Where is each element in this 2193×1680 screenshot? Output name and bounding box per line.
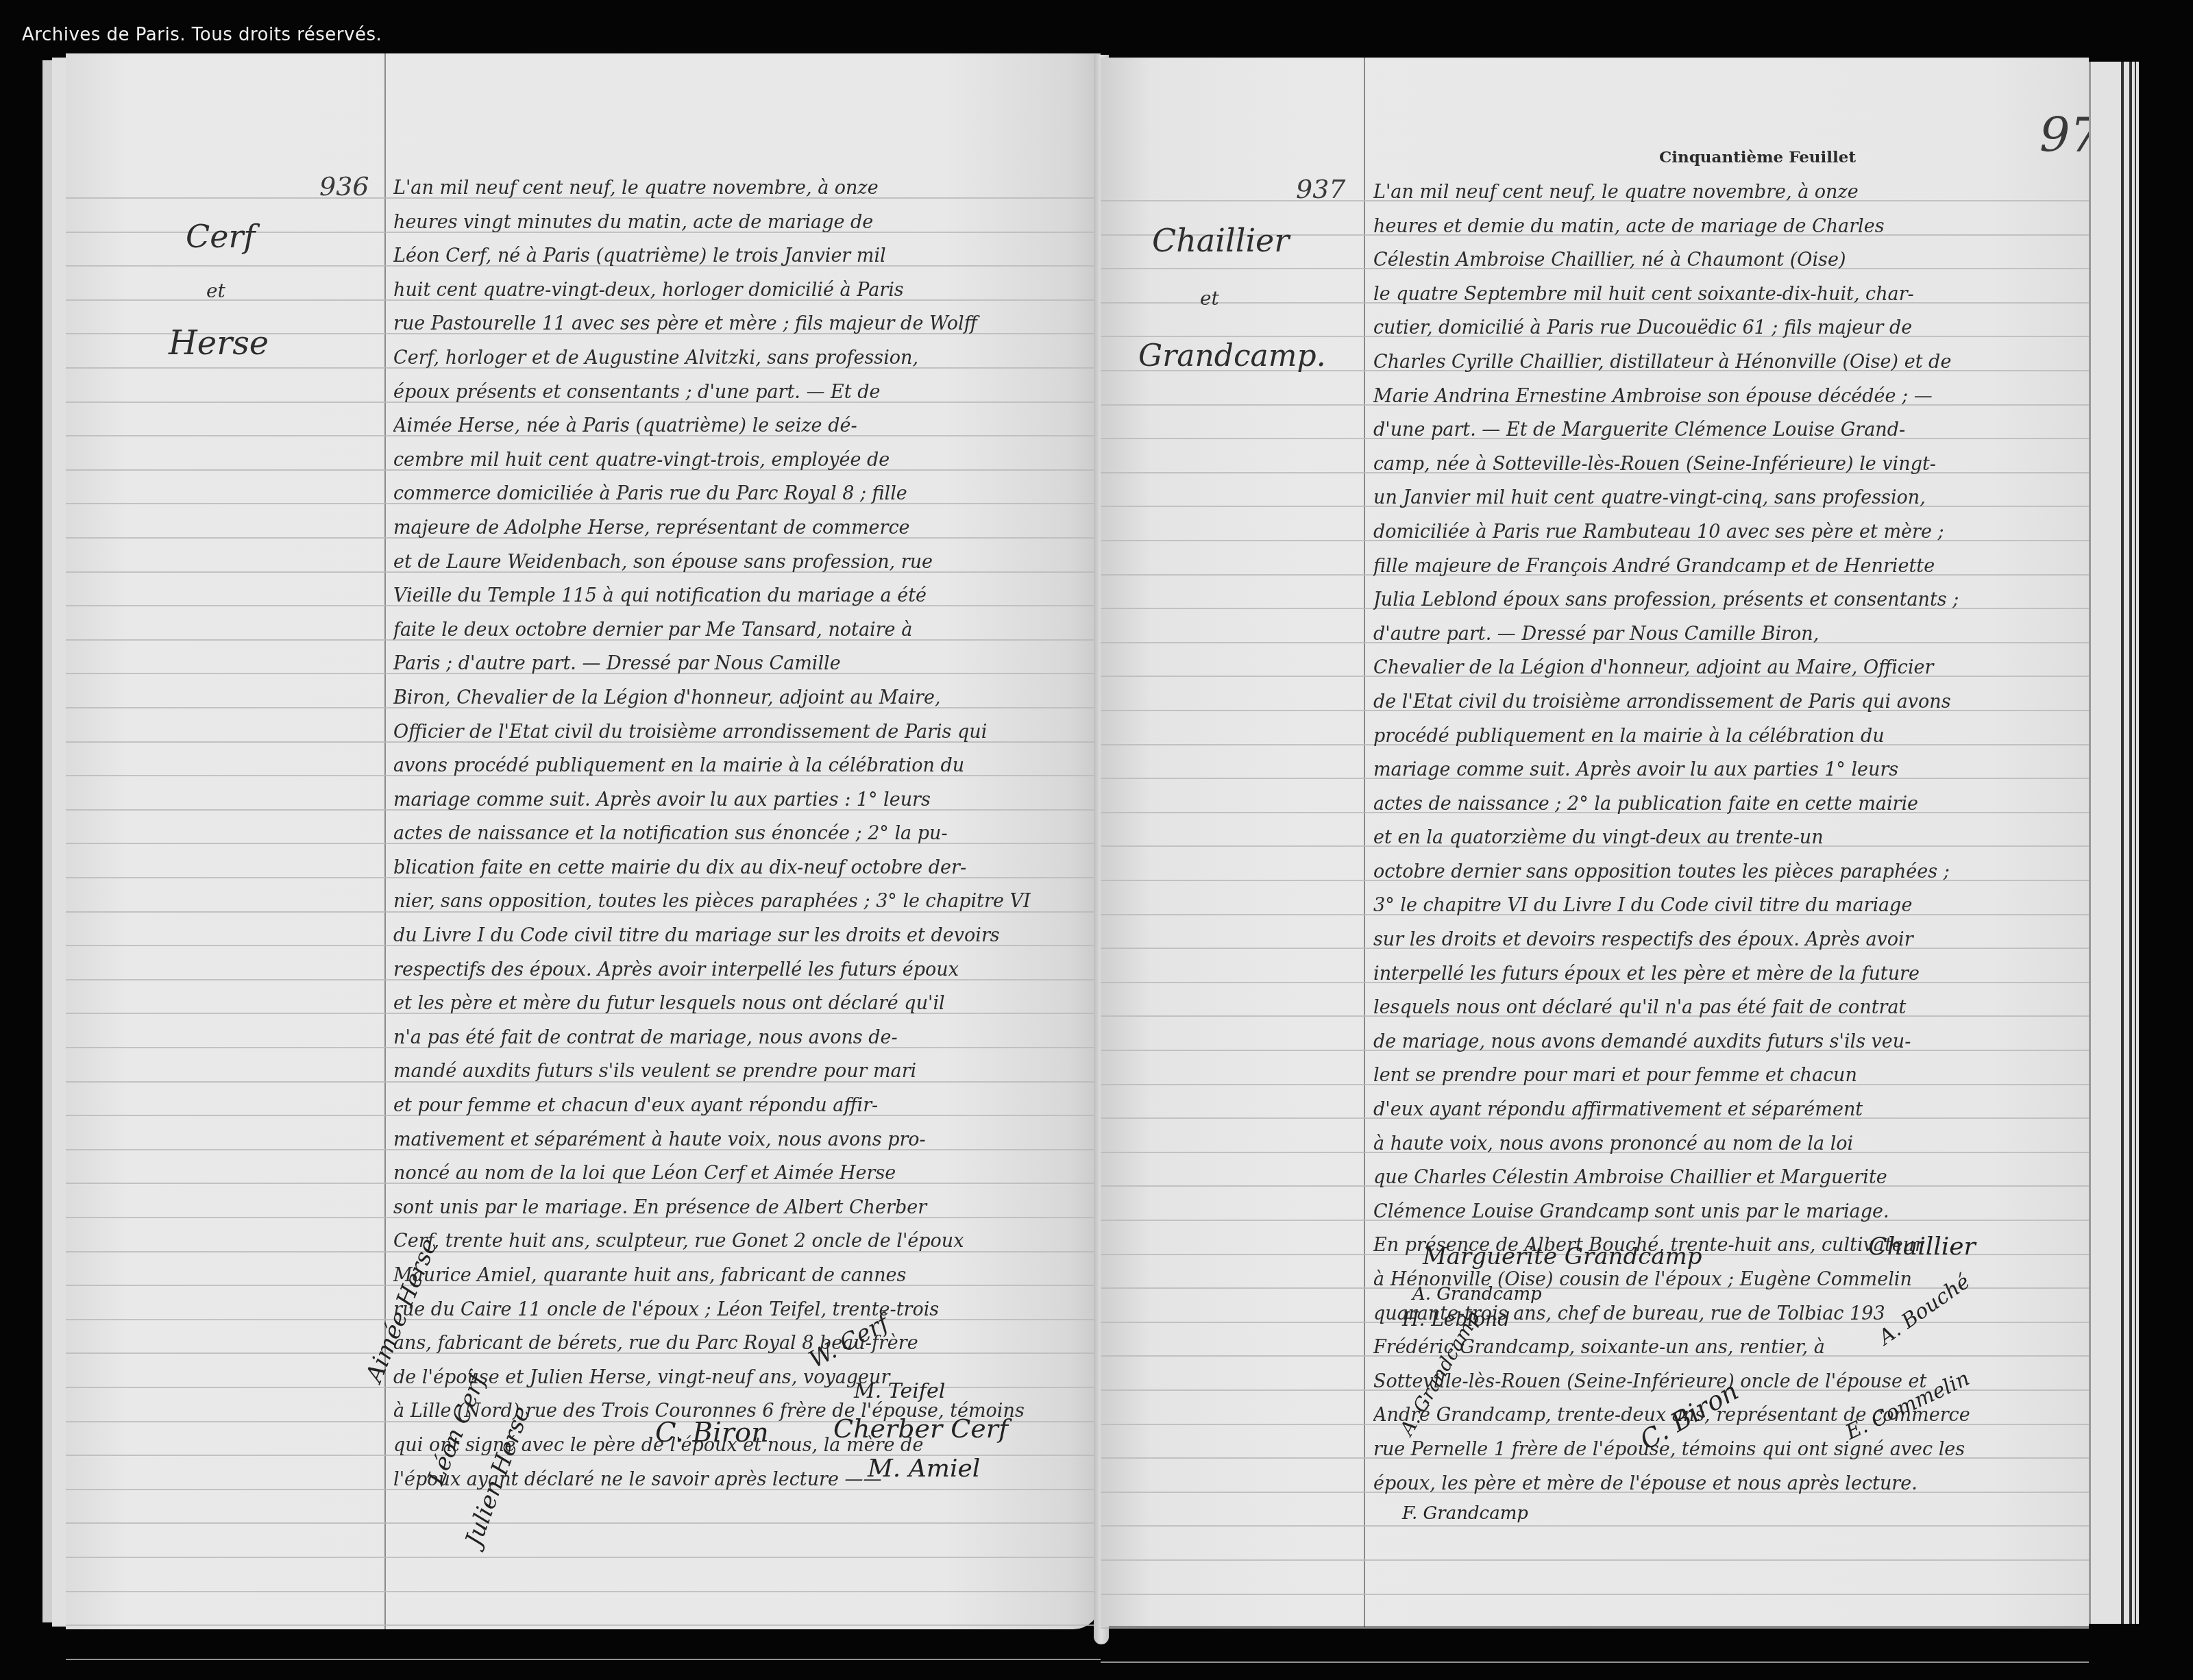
edge-line: [2135, 62, 2136, 1624]
text-line: Aimée Herse, née à Paris (quatrième) le …: [393, 409, 1086, 443]
text-line: de l'Etat civil du troisième arrondissem…: [1373, 685, 2079, 719]
ruled-line: [66, 1557, 1101, 1558]
text-line: et en la quatorzième du vingt-deux au tr…: [1373, 821, 2079, 855]
open-register-book: 936 Cerf et Herse L'an mil neuf cent neu…: [0, 0, 2193, 1680]
ruled-line: [1101, 1594, 2089, 1595]
text-line: L'an mil neuf cent neuf, le quatre novem…: [393, 171, 1086, 206]
margin-bride-surname: Herse: [169, 324, 269, 362]
text-line: actes de naissance ; 2° la publication f…: [1373, 787, 2079, 822]
right-page: Cinquantième Feuillet 97 937 Chaillier e…: [1101, 58, 2089, 1627]
text-line: époux, les père et mère de l'épouse et n…: [1373, 1467, 2079, 1501]
ruled-line: [1101, 1662, 2089, 1663]
text-line: blication faite en cette mairie du dix a…: [393, 851, 1086, 885]
margin-conjunction: et: [1200, 287, 1219, 310]
text-line: mariage comme suit. Après avoir lu aux p…: [1373, 753, 2079, 787]
text-line: L'an mil neuf cent neuf, le quatre novem…: [1373, 175, 2079, 210]
ruled-line: [66, 1591, 1101, 1592]
text-line: heures et demie du matin, acte de mariag…: [1373, 210, 2079, 244]
text-line: avons procédé publiquement en la mairie …: [393, 749, 1086, 783]
ruled-line: [66, 1659, 1101, 1660]
text-line: rue Pastourelle 11 avec ses père et mère…: [393, 307, 1086, 341]
page-edge-stack: [2089, 62, 2139, 1624]
text-line: actes de naissance et la notification su…: [393, 817, 1086, 851]
text-line: sur les droits et devoirs respectifs des…: [1373, 923, 2079, 957]
signature: Cherber Cerf: [833, 1413, 1008, 1444]
signature: M. Teifel: [854, 1379, 945, 1403]
text-line: et de Laure Weidenbach, son épouse sans …: [393, 545, 1086, 580]
text-line: camp, née à Sotteville-lès-Rouen (Seine-…: [1373, 447, 2079, 482]
text-line: Célestin Ambroise Chaillier, né à Chaumo…: [1373, 243, 2079, 277]
text-line: faite le deux octobre dernier par Me Tan…: [393, 613, 1086, 647]
text-line: noncé au nom de la loi que Léon Cerf et …: [393, 1157, 1086, 1191]
text-line: à haute voix, nous avons prononcé au nom…: [1373, 1127, 2079, 1161]
text-line: Clémence Louise Grandcamp sont unis par …: [1373, 1195, 2079, 1229]
text-line: époux présents et consentants ; d'une pa…: [393, 375, 1086, 410]
text-line: procédé publiquement en la mairie à la c…: [1373, 719, 2079, 754]
signature: M. Amiel: [868, 1455, 980, 1483]
text-line: un Janvier mil huit cent quatre-vingt-ci…: [1373, 481, 2079, 515]
ruled-line: [1101, 1627, 2089, 1629]
ruled-line: [66, 1522, 1101, 1524]
text-line: du Livre I du Code civil titre du mariag…: [393, 919, 1086, 953]
text-line: Vieille du Temple 115 à qui notification…: [393, 579, 1086, 613]
text-line: d'eux ayant répondu affirmativement et s…: [1373, 1093, 2079, 1127]
text-line: mativement et séparément à haute voix, n…: [393, 1123, 1086, 1157]
text-line: Frédéric Grandcamp, soixante-un ans, ren…: [1373, 1331, 2079, 1365]
text-line: mandé auxdits futurs s'ils veulent se pr…: [393, 1054, 1086, 1089]
signature: F. Grandcamp: [1402, 1503, 1528, 1524]
text-line: sont unis par le mariage. En présence de…: [393, 1191, 1086, 1225]
text-line: 3° le chapitre VI du Livre I du Code civ…: [1373, 889, 2079, 923]
act-number: 936: [319, 171, 369, 201]
edge-line: [2129, 62, 2132, 1624]
text-line: Chevalier de la Légion d'honneur, adjoin…: [1373, 651, 2079, 685]
text-line: Léon Cerf, né à Paris (quatrième) le tro…: [393, 239, 1086, 273]
text-line: Julia Leblond époux sans profession, pré…: [1373, 583, 2079, 617]
text-line: que Charles Célestin Ambroise Chaillier …: [1373, 1161, 2079, 1195]
text-line: lesquels nous ont déclaré qu'il n'a pas …: [1373, 991, 2079, 1025]
text-line: Officier de l'Etat civil du troisième ar…: [393, 715, 1086, 750]
act-number: 937: [1296, 174, 1346, 204]
marriage-act-text: L'an mil neuf cent neuf, le quatre novem…: [393, 171, 1086, 1496]
text-line: lent se prendre pour mari et pour femme …: [1373, 1059, 2079, 1093]
text-line: ans, fabricant de bérets, rue du Parc Ro…: [393, 1326, 1086, 1361]
signature: Marguerite Grandcamp: [1423, 1243, 1702, 1270]
text-line: cembre mil huit cent quatre-vingt-trois,…: [393, 443, 1086, 478]
text-line: le quatre Septembre mil huit cent soixan…: [1373, 277, 2079, 312]
text-line: et les père et mère du futur lesquels no…: [393, 987, 1086, 1021]
text-line: et pour femme et chacun d'eux ayant répo…: [393, 1089, 1086, 1123]
text-line: heures vingt minutes du matin, acte de m…: [393, 206, 1086, 240]
text-line: Maurice Amiel, quarante huit ans, fabric…: [393, 1259, 1086, 1293]
margin-groom-surname: Cerf: [186, 218, 255, 255]
text-line: de l'épouse et Julien Herse, vingt-neuf …: [393, 1361, 1086, 1395]
text-line: Marie Andrina Ernestine Ambroise son épo…: [1373, 380, 2079, 414]
text-line: commerce domiciliée à Paris rue du Parc …: [393, 477, 1086, 511]
signature: C. Biron: [655, 1417, 769, 1448]
text-line: respectifs des époux. Après avoir interp…: [393, 953, 1086, 987]
text-line: fille majeure de François André Grandcam…: [1373, 549, 2079, 584]
text-line: domiciliée à Paris rue Rambuteau 10 avec…: [1373, 515, 2079, 549]
edge-line: [2121, 62, 2124, 1624]
signature: A. Grandcamp: [1412, 1284, 1542, 1305]
signature: Chaillier: [1868, 1233, 1976, 1261]
margin-bride-surname: Grandcamp.: [1138, 338, 1326, 373]
text-line: octobre dernier sans opposition toutes l…: [1373, 855, 2079, 889]
text-line: Charles Cyrille Chaillier, distillateur …: [1373, 345, 2079, 380]
ruled-line: [1101, 1525, 2089, 1527]
text-line: interpellé les futurs époux et les père …: [1373, 957, 2079, 991]
text-line: rue Pernelle 1 frère de l'épouse, témoin…: [1373, 1433, 2079, 1467]
text-line: nier, sans opposition, toutes les pièces…: [393, 885, 1086, 919]
text-line: huit cent quatre-vingt-deux, horloger do…: [393, 273, 1086, 308]
text-line: Paris ; d'autre part. — Dressé par Nous …: [393, 647, 1086, 681]
ruled-line: [66, 1625, 1101, 1626]
ruled-line: [1101, 1559, 2089, 1561]
text-line: Biron, Chevalier de la Légion d'honneur,…: [393, 681, 1086, 715]
text-line: cutier, domicilié à Paris rue Ducouëdic …: [1373, 311, 2079, 345]
text-line: n'a pas été fait de contrat de mariage, …: [393, 1021, 1086, 1055]
text-line: rue du Caire 11 oncle de l'époux ; Léon …: [393, 1293, 1086, 1327]
margin-conjunction: et: [206, 280, 225, 302]
margin-rule: [1364, 58, 1365, 1627]
margin-rule: [384, 53, 386, 1629]
folio-header: Cinquantième Feuillet: [1659, 148, 1856, 166]
text-line: mariage comme suit. Après avoir lu aux p…: [393, 783, 1086, 817]
text-line: majeure de Adolphe Herse, représentant d…: [393, 511, 1086, 545]
text-line: Cerf, horloger et de Augustine Alvitzki,…: [393, 341, 1086, 375]
text-line: d'autre part. — Dressé par Nous Camille …: [1373, 617, 2079, 652]
margin-groom-surname: Chaillier: [1152, 222, 1289, 259]
left-page: 936 Cerf et Herse L'an mil neuf cent neu…: [66, 53, 1101, 1629]
text-line: de mariage, nous avons demandé auxdits f…: [1373, 1025, 2079, 1059]
text-line: Cerf, trente huit ans, sculpteur, rue Go…: [393, 1224, 1086, 1259]
text-line: d'une part. — Et de Marguerite Clémence …: [1373, 413, 2079, 447]
